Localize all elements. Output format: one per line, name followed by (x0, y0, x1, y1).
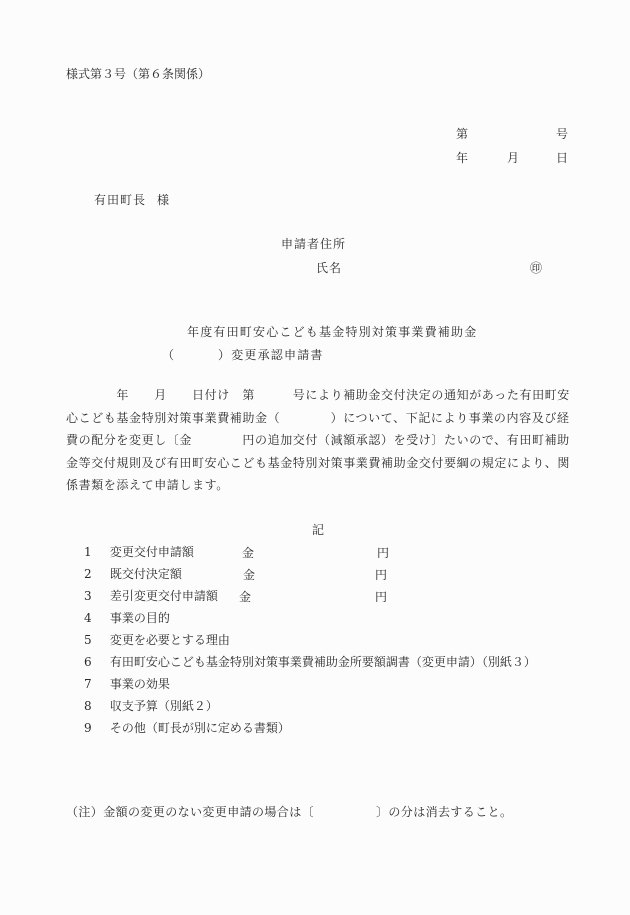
item-label: 差引変更交付申請額 (110, 588, 218, 604)
item-label: 有田町安心こども基金特別対策事業費補助金所要額調書（変更申請）（別紙３） (110, 654, 536, 670)
seal-mark: ㊞ (530, 260, 542, 276)
item-number: 9 (84, 720, 106, 736)
date-day: 日 (556, 150, 568, 166)
item-number: 4 (84, 610, 106, 626)
item-number: 2 (84, 566, 106, 582)
item-label: 変更を必要とする理由 (110, 632, 230, 648)
body-line: 心こども基金特別対策事業費補助金（ ）について、下記により事業の内容及び経 (66, 407, 572, 430)
list-item: 3 差引変更交付申請額 (84, 588, 218, 604)
body-paragraph: 年 月 日付け 第 号により補助金交付決定の通知があった有田町安 心こども基金特… (66, 384, 572, 497)
item-label: 事業の効果 (110, 676, 170, 692)
item-number: 1 (84, 544, 106, 560)
item-label: 事業の目的 (110, 610, 170, 626)
date-year: 年 (456, 150, 468, 166)
list-item: 2 既交付決定額 (84, 566, 182, 582)
body-line: 係書類を添えて申請します。 (66, 474, 572, 497)
list-item: 1 変更交付申請額 (84, 544, 194, 560)
reference-number-prefix: 第 (456, 126, 468, 142)
addressee-name: 有田町長 (94, 192, 146, 208)
item-number: 7 (84, 676, 106, 692)
body-line: 金等交付規則及び有田町安心こども基金特別対策事業費補助金交付要綱の規定により、関 (66, 452, 572, 475)
applicant-name-label: 氏名 (316, 260, 342, 276)
note-heading: 記 (312, 522, 324, 538)
addressee-honorific: 様 (157, 192, 169, 208)
form-label: 様式第３号（第６条関係） (66, 66, 210, 82)
body-line: 年 月 日付け 第 号により補助金交付決定の通知があった有田町安 (66, 384, 572, 407)
footnote: （注）金額の変更のない変更申請の場合は〔 〕の分は消去すること。 (66, 804, 512, 820)
list-item: 5 変更を必要とする理由 (84, 632, 230, 648)
item-unit: 円 (375, 566, 387, 583)
item-unit: 円 (377, 544, 389, 561)
title-line-2-close: ）変更承認申請書 (218, 347, 324, 363)
applicant-address-label: 申請者住所 (281, 236, 346, 252)
date-month: 月 (507, 150, 519, 166)
item-number: 8 (84, 698, 106, 714)
title-line-2-open: （ (162, 347, 174, 363)
item-number: 6 (84, 654, 106, 670)
item-number: 3 (84, 588, 106, 604)
item-currency: 金 (242, 544, 254, 561)
item-number: 5 (84, 632, 106, 648)
item-label: その他（町長が別に定める書類） (110, 720, 290, 736)
item-currency: 金 (243, 566, 255, 583)
list-item: 4 事業の目的 (84, 610, 170, 626)
item-label: 変更交付申請額 (110, 544, 194, 560)
item-currency: 金 (239, 588, 251, 605)
list-item: 7 事業の効果 (84, 676, 170, 692)
reference-number-suffix: 号 (556, 126, 568, 142)
title-line-1: 年度有田町安心こども基金特別対策事業費補助金 (187, 324, 477, 340)
item-label: 既交付決定額 (110, 566, 182, 582)
list-item: 9 その他（町長が別に定める書類） (84, 720, 290, 736)
list-item: 6 有田町安心こども基金特別対策事業費補助金所要額調書（変更申請）（別紙３） (84, 654, 536, 670)
body-line: 費の配分を変更し〔金 円の追加交付（減額承認）を受け〕たいので、有田町補助 (66, 429, 572, 452)
item-label: 収支予算（別紙２） (110, 698, 218, 714)
item-unit: 円 (375, 588, 387, 605)
list-item: 8 収支予算（別紙２） (84, 698, 218, 714)
